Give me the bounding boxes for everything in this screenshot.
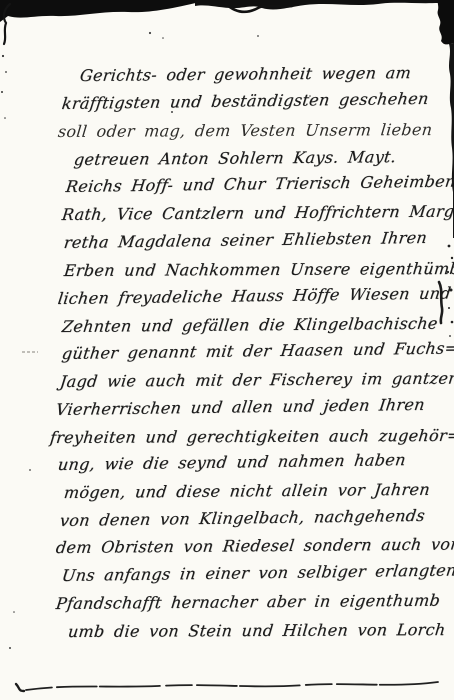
handwriting-line-5: Reichs Hoff- und Chur Trierisch Geheimbe… bbox=[65, 172, 454, 196]
bottom-edge-curl bbox=[16, 684, 24, 691]
handwriting-line-18: dem Obristen von Riedesel sondern auch v… bbox=[55, 534, 454, 557]
top-edge-curl bbox=[226, 4, 292, 12]
manuscript-page: Gerichts- oder gewohnheit wegen am kräff… bbox=[0, 0, 454, 700]
handwriting-line-17: von denen von Klingelbach, nachgehends bbox=[59, 506, 426, 530]
handwriting-line-19: Uns anfangs in einer von selbiger erlang… bbox=[61, 561, 454, 585]
bottom-edge-line bbox=[26, 682, 438, 690]
handwriting-line-2: kräfftigsten und beständigsten geschehen bbox=[61, 89, 430, 113]
handwriting-line-7: retha Magdalena seiner Ehliebsten Ihren bbox=[63, 228, 429, 252]
handwriting-line-4: getreuen Anton Sohlern Kays. Mayt. bbox=[73, 147, 397, 169]
handwriting-line-20: Pfandschafft hernacher aber in eigenthum… bbox=[55, 591, 441, 613]
left-edge-speckles bbox=[1, 55, 7, 119]
handwriting-line-9: lichen freyadeliche Hauss Höffe Wiesen u… bbox=[57, 283, 454, 308]
top-edge-shadow bbox=[0, 0, 200, 22]
handwriting-line-6: Rath, Vice Cantzlern und Hoffrichtern Ma… bbox=[61, 201, 454, 224]
handwriting-line-21: umb die von Stein und Hilchen von Lorch … bbox=[67, 620, 454, 641]
handwriting-line-16: mögen, und diese nicht allein vor Jahren bbox=[63, 480, 431, 502]
handwriting-line-14: freyheiten und gerechtigkeiten auch zuge… bbox=[49, 426, 454, 447]
left-edge-hook bbox=[4, 4, 10, 44]
handwriting-line-3: soll oder mag, dem Vesten Unserm lieben bbox=[57, 120, 433, 141]
handwriting-line-11: güther genannt mit der Haasen und Fuchs= bbox=[61, 338, 454, 363]
handwriting-line-1: Gerichts- oder gewohnheit wegen am bbox=[79, 63, 412, 85]
handwriting-line-10: Zehnten und gefällen die Klingelbachisch… bbox=[61, 314, 439, 336]
handwriting-line-13: Vierherrischen und allen und jeden Ihren bbox=[55, 395, 426, 419]
top-right-corner-shadow bbox=[438, 0, 454, 44]
handwriting-line-8: Erben und Nachkommen Unsere eigenthümb= bbox=[63, 259, 454, 280]
handwriting-line-12: Jagd wie auch mit der Fischerey im gantz… bbox=[59, 369, 454, 391]
top-edge-shadow-right bbox=[195, 0, 454, 10]
handwriting-line-15: ung, wie die seynd und nahmen haben bbox=[57, 450, 407, 474]
